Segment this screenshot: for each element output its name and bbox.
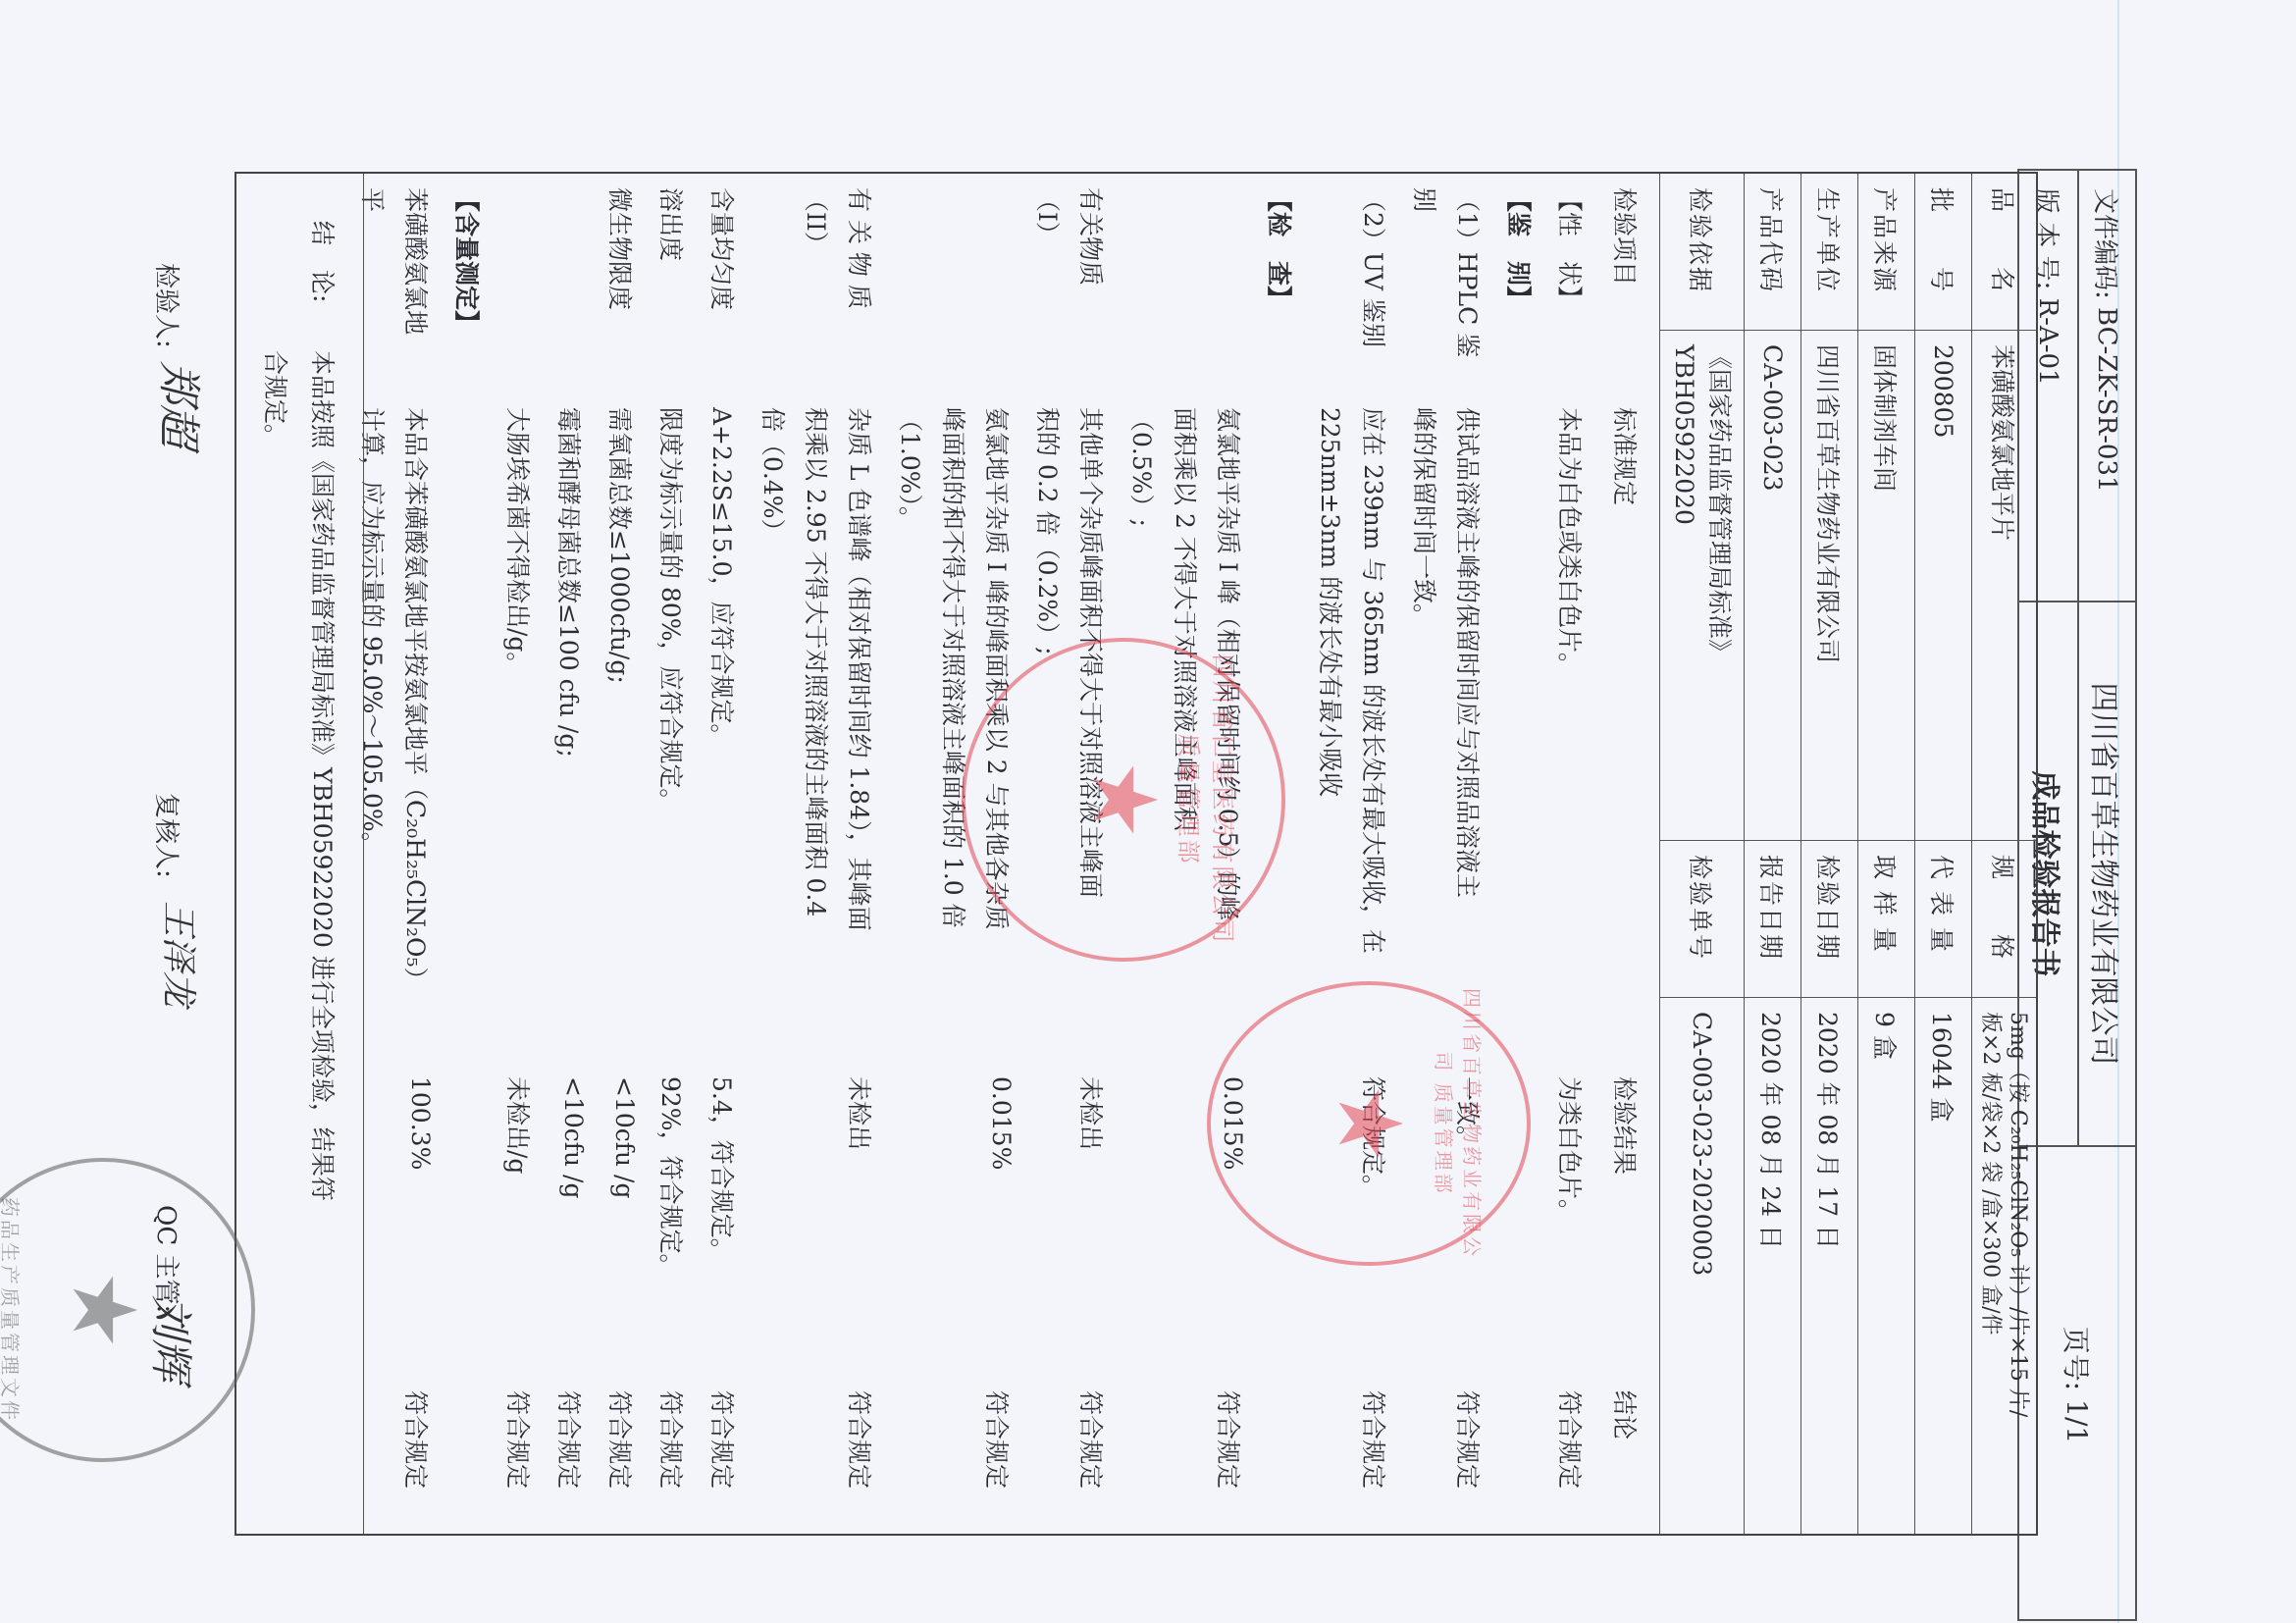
test-conclusion: 符合规定 — [1357, 1390, 1392, 1489]
doc-code: 文件编码: BC-ZK-SR-031 — [2077, 171, 2135, 601]
test-conclusion: 符合规定 — [843, 1390, 878, 1489]
test-standard-line: （1.0%）。 — [894, 407, 929, 531]
section-heading: 【含量测定】 — [450, 187, 486, 335]
star-icon: ★ — [1079, 760, 1168, 840]
product-code-value: CA-003-023 — [1745, 331, 1800, 841]
col-header-result: 检验结果 — [1608, 1076, 1644, 1175]
test-date-label: 检验日期 — [1801, 841, 1857, 998]
spec-line-1: 5mg（按 C₂₀H₂₅ClN₂O₅ 计）/片×15 片/ — [2005, 1012, 2032, 1417]
report-date-value: 2020 年 08 月 24 日 — [1745, 998, 1800, 1538]
test-item-name: （2）UV 鉴别 — [1357, 187, 1392, 347]
report-date-label: 报告日期 — [1745, 841, 1800, 998]
test-item-name: 含量均匀度 — [705, 187, 741, 310]
test-standard-line: 积乘以 2.95 不得大于对照溶液的主峰面积 0.4 — [800, 407, 835, 916]
test-standard-line: 峰面积的和不得大于对照溶液主峰面积的 1.0 倍 — [937, 407, 972, 928]
verdict-line-2: 合规定。 — [259, 350, 294, 448]
test-item-name: 【性 状】 — [1553, 187, 1589, 310]
sample-label: 取 样 量 — [1858, 841, 1914, 998]
doc-code-label: 文件编码: — [2089, 188, 2125, 299]
test-standard-line: A+2.2S≤15.0，应符合规定。 — [705, 407, 741, 749]
test-standard-line: 峰的保留时间一致。 — [1408, 407, 1443, 628]
star-icon: ★ — [59, 1271, 147, 1350]
test-standard-line: 225nm±3nm 的波长处有最小吸收 — [1314, 407, 1349, 797]
test-result: <10cfu /g — [610, 1076, 639, 1199]
test-item-name: 有 关 物 质 — [843, 187, 878, 309]
test-standard-line: 限度为标示量的 80%，应符合规定。 — [654, 407, 690, 813]
test-conclusion: 符合规定 — [1451, 1390, 1487, 1489]
reviewer: 复核人: — [150, 793, 186, 878]
test-standard-line: 积的 0.2 倍（0.2%）; — [1031, 407, 1067, 655]
version-value: R-A-01 — [2034, 298, 2063, 386]
test-conclusion: 符合规定 — [1553, 1390, 1589, 1489]
test-standard-line: 供试品溶液主峰的保留时间应与对照品溶液主 — [1451, 407, 1487, 898]
test-result: 0.015% — [987, 1076, 1016, 1170]
spec-line-2: 板×2 板/袋×2 袋 /盒×300 盒/件 — [1977, 1012, 2005, 1335]
star-icon: ★ — [1325, 1084, 1413, 1164]
inspector-signature: 郑超 — [151, 361, 214, 447]
test-result: 5.4，符合规定。 — [705, 1076, 741, 1263]
test-conclusion: 符合规定 — [603, 1390, 639, 1489]
source-label: 产品来源 — [1858, 174, 1914, 331]
page-value: 1/1 — [2061, 1399, 2094, 1443]
manufacturer-value: 四川省百草生物药业有限公司 — [1801, 331, 1857, 841]
reviewer-label: 复核人: — [151, 793, 181, 878]
inspection-report-page: 文件编码: BC-ZK-SR-031 版 本 号: R-A-01 四川省百草生物… — [0, 0, 2296, 1623]
test-item-name: 溶出度 — [654, 187, 690, 261]
report-no-value: CA-003-023-2020003 — [1660, 998, 1744, 1538]
verdict-label: 结 论: — [306, 221, 341, 302]
info-row-source: 产品来源 固体制剂车间 取 样 量 9 盒 — [1857, 174, 1914, 1534]
product-code-label: 产品代码 — [1745, 174, 1800, 331]
quantity-label: 代 表 量 — [1915, 841, 1971, 998]
test-result: <10cfu /g — [559, 1076, 588, 1199]
spec-value: 5mg（按 C₂₀H₂₅ClN₂O₅ 计）/片×15 片/ 板×2 板/袋×2 … — [1972, 998, 2036, 1538]
test-item-name: 苯磺酸氨氯地 — [399, 187, 435, 335]
test-conclusion: 符合规定 — [705, 1390, 741, 1489]
report-no-label: 检验单号 — [1660, 841, 1744, 998]
basis-line-1: 《国家药品监督管理局标准》 — [1702, 344, 1738, 663]
test-conclusion: 符合规定 — [399, 1390, 435, 1489]
spec-label: 规 格 — [1972, 841, 2036, 998]
test-standard-line: 本品含苯磺酸氨氯地平按氨氯地平（C₂₀H₂₅ClN₂O₅） — [399, 407, 435, 992]
batch-value: 200805 — [1915, 331, 1971, 841]
test-standard-line: 需氧菌总数≤1000cfu/g; — [603, 407, 639, 684]
info-row-code: 产品代码 CA-003-023 报告日期 2020 年 08 月 24 日 — [1744, 174, 1800, 1534]
test-item-name-cont: 别 — [1408, 187, 1443, 212]
info-row-name-spec: 品 名 苯磺酸氨氯地平片 规 格 5mg（按 C₂₀H₂₅ClN₂O₅ 计）/片… — [1971, 174, 2036, 1534]
basis-value: 《国家药品监督管理局标准》 YBH05922020 — [1660, 331, 1744, 841]
test-item-name: 有关物质 — [1074, 187, 1110, 286]
section-heading: 【检 查】 — [1263, 187, 1298, 310]
test-item-name: 微生物限度 — [603, 187, 639, 310]
test-standard-line: 应在 239nm 与 365nm 的波长处有最大吸收，在 — [1357, 407, 1392, 954]
test-conclusion: 符合规定 — [980, 1390, 1016, 1489]
inspector-label: 检验人: — [151, 263, 181, 348]
info-row-batch: 批 号 200805 代 表 量 16044 盒 — [1914, 174, 1971, 1534]
sample-value: 9 盒 — [1858, 998, 1914, 1538]
test-result: 为类白色片。 — [1553, 1076, 1589, 1224]
info-row-basis: 检验依据 《国家药品监督管理局标准》 YBH05922020 检验单号 CA-0… — [1659, 174, 1744, 1534]
col-header-conclusion: 结论 — [1608, 1390, 1644, 1440]
company-name: 四川省百草生物药业有限公司 — [2077, 602, 2135, 1145]
test-item-name: （1）HPLC 鉴 — [1451, 187, 1487, 357]
test-standard-line: 大肠埃希菌不得检出/g。 — [501, 407, 537, 676]
test-standard-line: 本品为白色或类白色片。 — [1553, 407, 1589, 677]
company-stamp-1: ★ 四川省仁皇医药有限公司 质量管理部 — [962, 638, 1285, 962]
test-conclusion: 符合规定 — [501, 1390, 537, 1489]
page-label: 页号: — [2058, 1327, 2097, 1390]
batch-label: 批 号 — [1915, 174, 1971, 331]
test-conclusion: 符合规定 — [1074, 1390, 1110, 1489]
test-item-name-cont: （I） — [1031, 187, 1067, 246]
test-result: 100.3% — [406, 1076, 435, 1170]
test-standard-line: 倍（0.4%） — [757, 407, 792, 544]
test-result: 未检出 — [1074, 1076, 1110, 1150]
test-conclusion: 符合规定 — [654, 1390, 690, 1489]
verdict-row: 结 论: 本品按照《国家药品监督管理局标准》YBH05922020 进行全项检验… — [235, 174, 364, 1534]
test-result: 92%，符合规定。 — [654, 1076, 690, 1279]
document-control-stamp: ★ 药品生产质量管理文件 — [0, 1158, 255, 1462]
stamp-3-text: 药品生产质量管理文件 — [0, 1162, 26, 1458]
stamp-2-text: 四川省百草生物药业有限公司 质量管理部 — [1431, 985, 1487, 1262]
reviewer-signature: 王泽龙 — [156, 901, 206, 1007]
source-value: 固体制剂车间 — [1858, 331, 1914, 841]
test-conclusion: 符合规定 — [1212, 1390, 1247, 1489]
col-header-item: 检验项目 — [1608, 187, 1644, 286]
test-date-value: 2020 年 08 月 17 日 — [1801, 998, 1857, 1538]
product-name-label: 品 名 — [1972, 174, 2036, 331]
basis-label: 检验依据 — [1660, 174, 1744, 331]
doc-code-value: BC-ZK-SR-031 — [2093, 307, 2122, 492]
test-conclusion: 符合规定 — [552, 1390, 588, 1489]
basis-line-2: YBH05922020 — [1667, 344, 1702, 525]
inspector: 检验人: — [150, 263, 186, 348]
test-result: 未检出/g — [501, 1076, 537, 1174]
info-row-manufacturer: 生产单位 四川省百草生物药业有限公司 检验日期 2020 年 08 月 17 日 — [1800, 174, 1857, 1534]
test-item-name-cont: （II） — [800, 187, 835, 256]
company-stamp-2: ★ 四川省百草生物药业有限公司 质量管理部 — [1207, 981, 1531, 1266]
test-result: 未检出 — [843, 1076, 878, 1150]
stamp-1-text: 四川省仁皇医药有限公司 质量管理部 — [1174, 642, 1242, 958]
quantity-value: 16044 盒 — [1915, 998, 1971, 1538]
manufacturer-label: 生产单位 — [1801, 174, 1857, 331]
product-name-value: 苯磺酸氨氯地平片 — [1972, 331, 2036, 841]
verdict-line-1: 本品按照《国家药品监督管理局标准》YBH05922020 进行全项检验，结果符 — [306, 350, 341, 1201]
test-standard-line: 霉菌和酵母菌总数≤100 cfu /g; — [552, 407, 588, 758]
test-standard-line: 杂质 L 色谱峰（相对保留时间约 1.84），其峰面 — [843, 407, 878, 931]
test-standard-line: （0.5%）; — [1125, 407, 1161, 527]
section-heading: 【鉴 别】 — [1502, 187, 1538, 310]
col-header-standard: 标准规定 — [1608, 407, 1644, 505]
